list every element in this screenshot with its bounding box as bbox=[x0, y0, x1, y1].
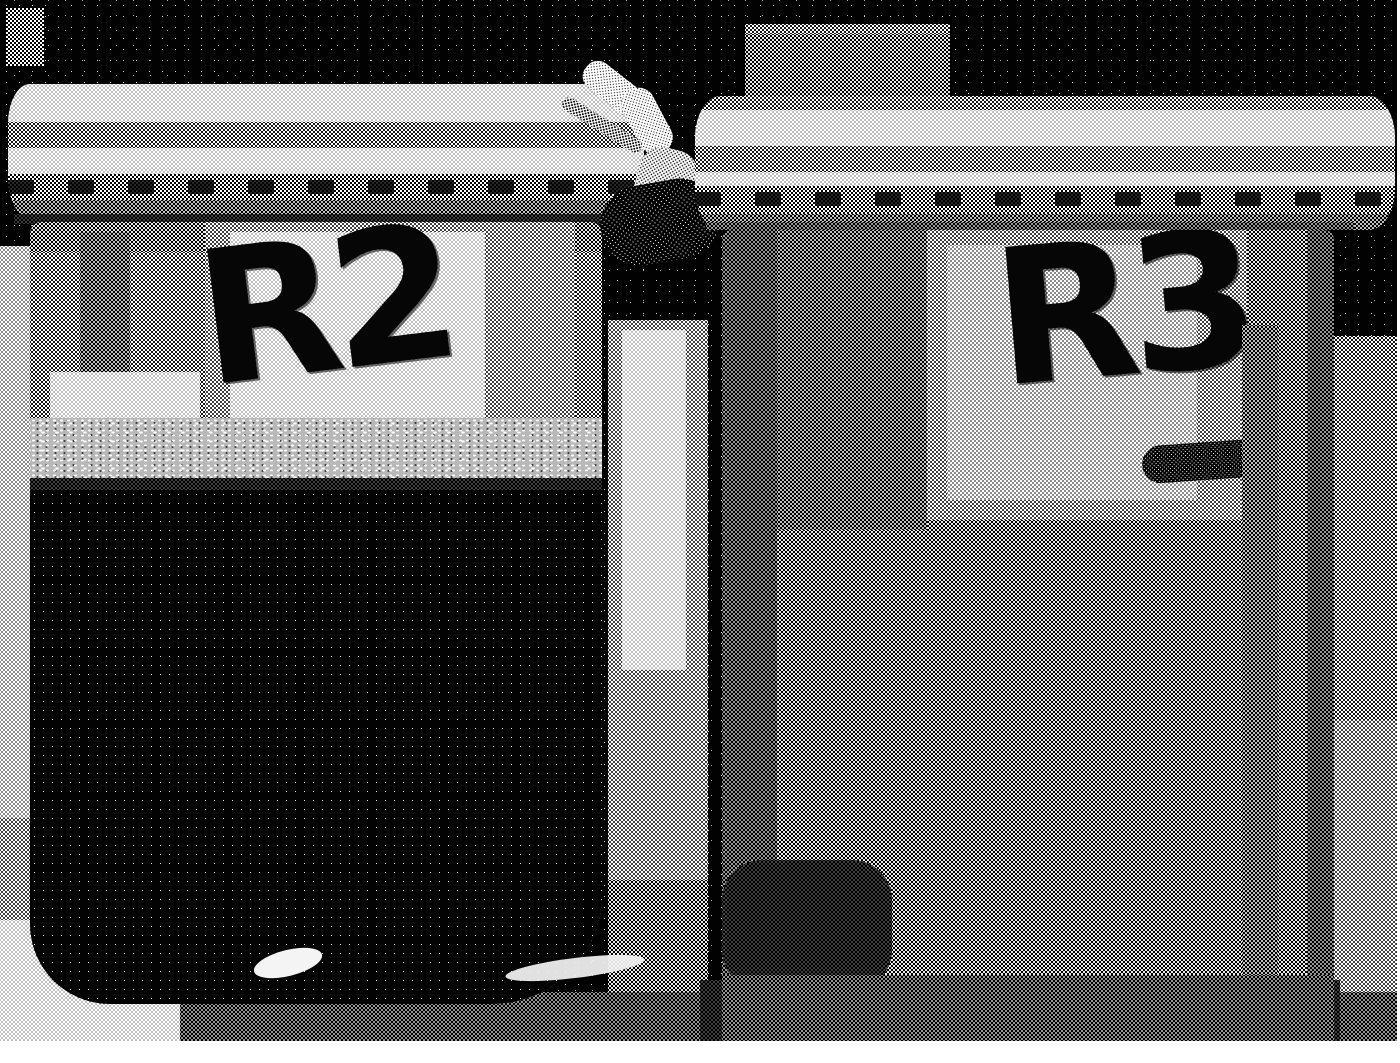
right-lid-second-highlight bbox=[695, 172, 1395, 186]
gap-strip-bright bbox=[622, 330, 686, 670]
right-jar-emboss-strip bbox=[1242, 325, 1278, 1035]
right-lid-band bbox=[695, 146, 1395, 172]
right-lid-clamp-dashes bbox=[695, 192, 1395, 206]
left-jar-lid bbox=[8, 84, 644, 218]
right-jar-bottom-band bbox=[722, 975, 1334, 1041]
right-jar-body: R3 bbox=[722, 230, 1334, 1041]
right-lid-top-band bbox=[695, 96, 1395, 110]
left-lid-rim-highlight bbox=[8, 84, 644, 122]
left-lid-clamp-dashes bbox=[8, 180, 644, 194]
bench-corner-bright bbox=[0, 1000, 120, 1041]
left-jar-liquid bbox=[30, 490, 602, 1004]
scan-margin-bottom bbox=[0, 1041, 1400, 1063]
gap-strip-shadow bbox=[608, 880, 708, 1005]
jar-label-text-r2: R2 bbox=[188, 222, 460, 414]
right-jar-low-dark-blob bbox=[722, 860, 892, 990]
jar-label-text-r3: R3 bbox=[986, 230, 1257, 415]
right-jar-right-inner-shadow bbox=[1307, 230, 1334, 1041]
equipment-box-highlight bbox=[745, 24, 950, 34]
left-jar-body: R2 bbox=[30, 222, 602, 1004]
scene: R2 R3 bbox=[0, 0, 1400, 1041]
photograph-two-sample-jars: R2 R3 bbox=[0, 0, 1400, 1063]
backdrop-grey-patch bbox=[6, 8, 44, 66]
left-lid-second-highlight bbox=[8, 148, 644, 174]
right-lid-rim-highlight bbox=[695, 110, 1395, 146]
left-lid-band bbox=[8, 122, 644, 148]
right-lid-underline bbox=[706, 222, 1354, 230]
right-jar-left-mid-shading bbox=[777, 230, 927, 530]
right-jar-lid bbox=[695, 96, 1395, 230]
